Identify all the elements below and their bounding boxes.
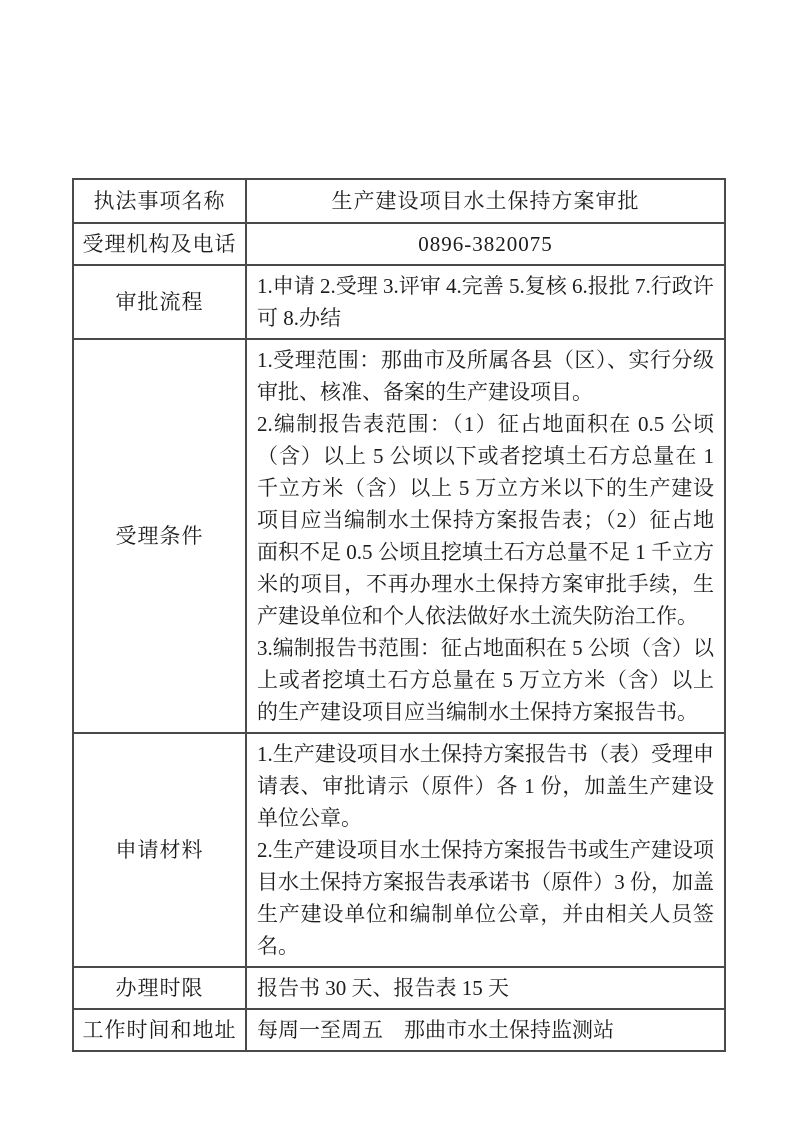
table-row-hours-address: 工作时间和地址 每周一至周五 那曲市水土保持监测站 bbox=[73, 1009, 725, 1051]
row-label: 工作时间和地址 bbox=[73, 1009, 246, 1051]
material-item: 2.生产建设项目水土保持方案报告书或生产建设项目水土保持方案报告表承诺书（原件）… bbox=[257, 834, 714, 962]
row-label: 执法事项名称 bbox=[73, 179, 246, 223]
condition-item: 1.受理范围：那曲市及所属各县（区）、实行分级审批、核准、备案的生产建设项目。 bbox=[257, 344, 714, 408]
condition-item: 3.编制报告书范围：征占地面积在 5 公顷（含）以上或者挖填土石方总量在 5 万… bbox=[257, 632, 714, 728]
table-row-processing-time: 办理时限 报告书 30 天、报告表 15 天 bbox=[73, 967, 725, 1009]
approval-info-table: 执法事项名称 生产建设项目水土保持方案审批 受理机构及电话 0896-38200… bbox=[72, 178, 726, 1052]
material-item: 1.生产建设项目水土保持方案报告书（表）受理申请表、审批请示（原件）各 1 份，… bbox=[257, 738, 714, 834]
row-label: 受理机构及电话 bbox=[73, 223, 246, 265]
row-label: 办理时限 bbox=[73, 967, 246, 1009]
row-value: 1.生产建设项目水土保持方案报告书（表）受理申请表、审批请示（原件）各 1 份，… bbox=[246, 733, 725, 967]
row-value: 生产建设项目水土保持方案审批 bbox=[246, 179, 725, 223]
table-row-item-name: 执法事项名称 生产建设项目水土保持方案审批 bbox=[73, 179, 725, 223]
row-value: 0896-3820075 bbox=[246, 223, 725, 265]
table-row-approval-process: 审批流程 1.申请 2.受理 3.评审 4.完善 5.复核 6.报批 7.行政许… bbox=[73, 265, 725, 339]
row-label: 受理条件 bbox=[73, 339, 246, 733]
row-value: 报告书 30 天、报告表 15 天 bbox=[246, 967, 725, 1009]
row-label: 审批流程 bbox=[73, 265, 246, 339]
table-row-acceptance-conditions: 受理条件 1.受理范围：那曲市及所属各县（区）、实行分级审批、核准、备案的生产建… bbox=[73, 339, 725, 733]
table-row-application-materials: 申请材料 1.生产建设项目水土保持方案报告书（表）受理申请表、审批请示（原件）各… bbox=[73, 733, 725, 967]
row-value: 1.受理范围：那曲市及所属各县（区）、实行分级审批、核准、备案的生产建设项目。 … bbox=[246, 339, 725, 733]
row-value: 1.申请 2.受理 3.评审 4.完善 5.复核 6.报批 7.行政许可 8.办… bbox=[246, 265, 725, 339]
condition-item: 2.编制报告表范围：（1）征占地面积在 0.5 公顷（含）以上 5 公顷以下或者… bbox=[257, 408, 714, 632]
table-row-agency-phone: 受理机构及电话 0896-3820075 bbox=[73, 223, 725, 265]
row-value: 每周一至周五 那曲市水土保持监测站 bbox=[246, 1009, 725, 1051]
document-page: 执法事项名称 生产建设项目水土保持方案审批 受理机构及电话 0896-38200… bbox=[0, 0, 793, 1122]
row-label: 申请材料 bbox=[73, 733, 246, 967]
